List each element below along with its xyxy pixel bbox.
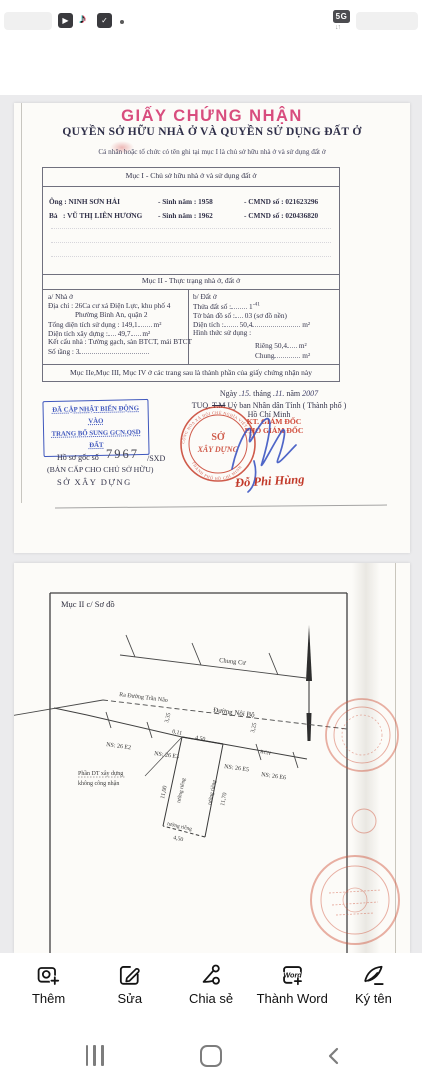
scanned-page-1[interactable]: GIẤY CHỨNG NHẬN QUYỀN SỞ HỮU NHÀ Ở VÀ QU… [14,103,410,553]
wall-label-left: tường riêng [176,777,187,803]
back-nav-icon[interactable] [322,1044,346,1068]
dim-11-00: 11,00 [160,785,169,799]
muc2-header: Mục II - Thực trạng nhà ở, đất ở [43,276,339,285]
status-bar: ▶ ♪ ✓ 5G ↓↑ [0,0,422,45]
road2-label: Đường Nội Bộ [213,706,256,719]
sign-button[interactable]: Ký tên [333,953,414,1032]
dossier-label: Hồ sơ gốc số [57,453,99,462]
house-floors: Số tầng : 3 [48,346,149,356]
dotted-leader [51,256,331,257]
house-address2: Phường Bình An, quận 2 [75,310,147,319]
camera-plus-icon [35,962,62,989]
certificate-table: Mục I - Chủ sở hữu nhà ở và sử dụng đất … [42,167,340,382]
data-arrows-icon: ↓↑ [335,24,340,31]
paper-fold-line [21,103,22,503]
parcel-label-e6: NS: 26 E6 [261,772,287,781]
sign-label: Ký tên [355,991,392,1006]
edit-button[interactable]: Sửa [89,953,170,1032]
north-arrow-icon [306,625,312,741]
dim-11-70: 11,70 [220,792,228,806]
edit-icon [116,962,143,989]
dim-0-11: 0,11 [172,729,183,737]
document-scroll-area[interactable]: GIẤY CHỨNG NHẬN QUYỀN SỞ HỮU NHÀ Ở VÀ QU… [0,95,422,953]
5g-network-icon: 5G [333,10,350,23]
house-address1: Địa chỉ : 26Ca cư xá Điện Lực, khu phố 4 [48,301,170,310]
land-usage: Hình thức sử dụng : [193,328,251,337]
table-footer-note: Mục IIe,Mục III, Mục IV ở các trang sau … [43,368,339,377]
share-button[interactable]: Chia sẻ [170,953,251,1032]
wall-label-bottom: tường riêng [167,821,193,833]
dossier-number: 7967 [106,447,139,462]
share-icon [198,962,225,989]
issue-date-line: Ngày .15. tháng .11. năm 2007 [164,389,374,398]
house-structure: Kết cấu nhà : Tường gạch, sàn BTCT, mái … [48,337,192,346]
certificate-intro-note: Cá nhân hoặc tổ chức có tên ghi tại mục … [20,148,404,156]
certificate-subtitle: QUYỀN SỞ HỮU NHÀ Ở VÀ QUYỀN SỬ DỤNG ĐẤT … [20,126,404,138]
owner2-id: - CMND số : 020436820 [244,211,318,220]
site-plan-drawing: Mục II c/ Sơ đồ Chung Cư Ra Đường Trần N… [14,563,410,953]
status-faded-left [4,12,52,30]
signature-pen-icon [360,962,387,989]
dotted-leader [287,340,297,348]
video-app-notification-icon: ▶ [58,13,73,28]
dim-3-25: 3,25 [250,722,258,733]
parcel-label-e3: NS: 26 E3 [154,751,180,760]
tiktok-notification-icon: ♪ [79,10,86,26]
add-page-label: Thêm [32,991,65,1006]
muc1-header: Mục I - Chủ sở hữu nhà ở và sử dụng đất … [43,171,339,180]
plan-note-line2: không công nhận [78,781,119,787]
dotted-leader [231,301,247,309]
dotted-leader [274,350,300,358]
rcn-label: RCN [260,749,272,757]
land-title: b/ Đất ở [193,292,217,301]
plan-note-line1: Phần DT xây dựng [78,770,123,777]
to-word-button[interactable]: Word Thành Word [252,953,333,1032]
app-header: gcn-a-ti(5) Thẻ + [0,45,422,95]
red-stamp-bleedthrough [311,699,399,944]
land-private: Riêng 50,4 m² [255,340,335,350]
dotted-leader [138,319,152,327]
dotted-leader [51,242,331,243]
recents-icon[interactable] [83,1045,106,1071]
parcel-label-e2: NS: 26 E2 [106,742,132,751]
system-navbar [0,1032,422,1080]
building-label: Chung Cư [219,657,247,667]
road1-label: Ra Đường Trần Não [119,691,168,704]
wall-label-right: tường riêng [207,779,218,805]
share-label: Chia sẻ [189,991,233,1006]
bottom-toolbar: Thêm Sửa Chia sẻ Word Thành Word [0,953,422,1032]
check-notification-icon: ✓ [97,13,112,28]
dim-3-35: 3,35 [164,712,172,723]
dossier-department: SỞ XÂY DỰNG [57,477,132,487]
dim-4-50-bottom: 4,50 [173,835,184,843]
status-faded-right [356,12,418,30]
add-page-button[interactable]: Thêm [8,953,89,1032]
edit-label: Sửa [118,991,143,1006]
dossier-copy-note: (BẢN CẤP CHO CHỦ SỞ HỮU) [47,465,153,474]
word-convert-icon: Word [279,962,306,989]
dotted-leader [235,310,243,318]
owner2-birth: - Sinh năm : 1962 [158,211,213,220]
home-icon[interactable] [200,1045,222,1067]
dotted-leader [252,319,300,327]
blue-stamp-line1: ĐÃ CẬP NHẬT BIẾN ĐỘNG VÀO [46,403,146,429]
house-title: a/ Nhà ở [48,292,73,301]
owner2-name: Bà : VŨ THỊ LIÊN HƯƠNG [49,211,142,220]
certificate-title: GIẤY CHỨNG NHẬN [20,107,404,126]
to-word-label: Thành Word [257,991,328,1006]
scanned-page-2[interactable]: Mục II c/ Sơ đồ Chung Cư Ra Đường Trần N… [14,563,410,953]
dossier-suffix: /SXD [147,454,165,463]
parcel-label-e5: NS: 26 E5 [224,764,250,773]
dotted-leader [51,228,331,229]
dotted-leader [131,328,141,336]
scan-crease-line [55,505,387,509]
land-shared: Chung m² [255,350,335,360]
owner1-id: - CMND số : 021623296 [244,197,318,206]
notification-dot-icon [120,20,124,24]
owner1-birth: - Sinh năm : 1958 [158,197,213,206]
plan-section-label: Mục II c/ Sơ đồ [61,599,115,609]
dotted-leader [108,328,116,336]
owner1-name: Ông : NINH SƠN HẢI [49,197,120,206]
dotted-leader [79,346,149,354]
dotted-leader [224,319,238,327]
